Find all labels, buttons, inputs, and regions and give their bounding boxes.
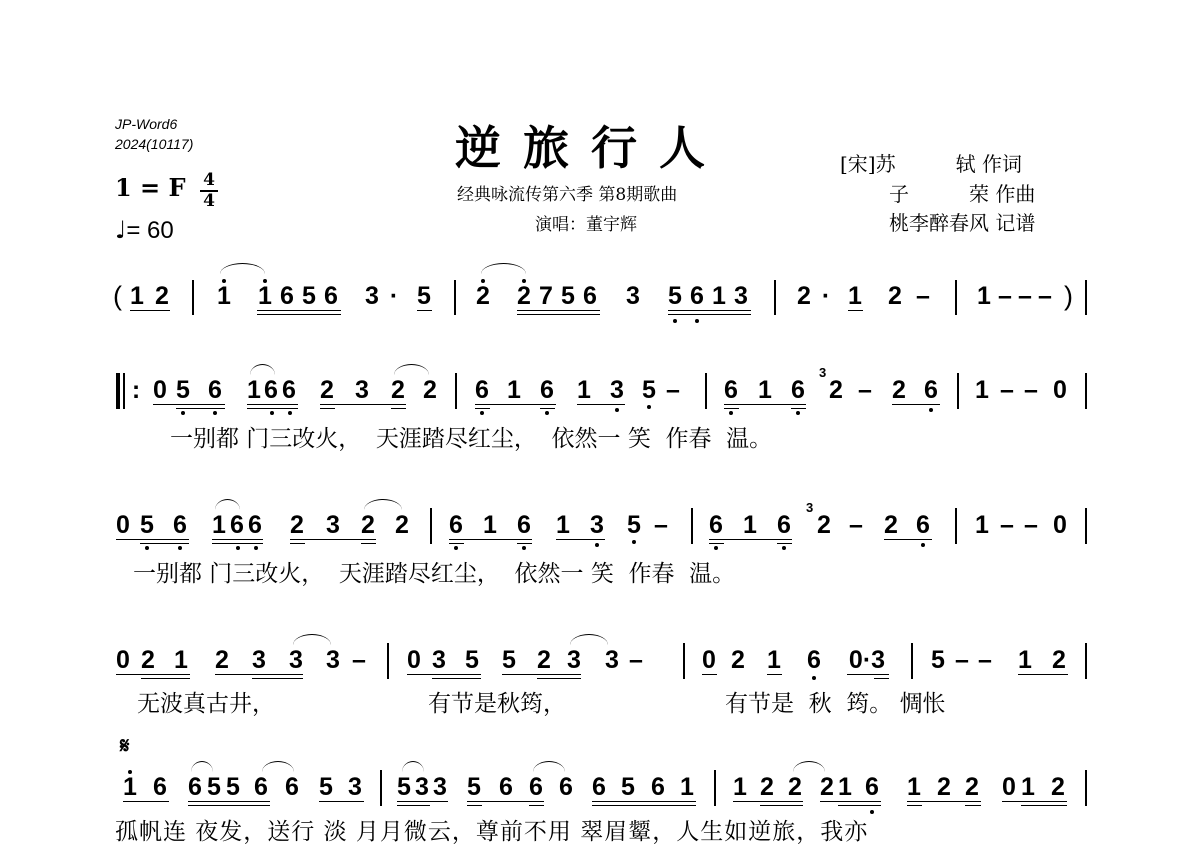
credit-name: 桃李醉春风 — [889, 211, 989, 235]
note: 5 — [666, 282, 684, 310]
note: 2 — [882, 511, 900, 539]
underline — [188, 805, 270, 806]
slur — [394, 364, 429, 375]
dash: – — [998, 376, 1016, 404]
segno-icon: 𝄋 — [120, 733, 129, 759]
key-signature: 1 = F — [115, 173, 186, 202]
note: 2 — [474, 282, 492, 310]
underline — [475, 404, 556, 405]
note: 1 — [505, 376, 523, 404]
underline — [537, 678, 581, 679]
note: 3 — [413, 773, 431, 801]
low-octave-dot — [615, 408, 619, 412]
note: 2 — [421, 376, 439, 404]
note: 3 — [363, 282, 381, 310]
credit-prefix: [宋] — [840, 152, 876, 176]
note: 2 — [153, 282, 171, 310]
note: 2 — [827, 376, 845, 404]
note: 1 — [678, 773, 696, 801]
note: 1 — [1019, 773, 1037, 801]
note: 1 — [741, 511, 759, 539]
note: 5 — [138, 511, 156, 539]
repeat-thin-bar — [123, 373, 125, 409]
underline — [668, 314, 751, 315]
barline — [955, 508, 957, 544]
note: 2 — [318, 376, 336, 404]
note: 6 — [246, 511, 264, 539]
note: 5 — [640, 376, 658, 404]
underline — [320, 404, 406, 405]
underline — [320, 408, 335, 409]
credit-name: 子 荣 — [889, 182, 989, 206]
note: 1 — [765, 646, 783, 674]
dash: – — [350, 646, 368, 674]
dash: – — [627, 646, 645, 674]
underline — [130, 310, 170, 311]
note: 3 — [588, 511, 606, 539]
note: 1 — [210, 511, 228, 539]
underline — [820, 801, 881, 802]
note: 2 — [515, 282, 533, 310]
note: 0 — [405, 646, 423, 674]
dash: – — [914, 282, 932, 310]
underline — [838, 805, 881, 806]
low-octave-dot — [870, 810, 874, 814]
slur — [402, 761, 424, 772]
open-paren: ( — [113, 282, 122, 310]
note: 2 — [786, 773, 804, 801]
note: 6 — [688, 282, 706, 310]
note: 1 — [121, 773, 139, 801]
note: 0·3 — [846, 646, 888, 674]
tempo-marking: ♩= 60 — [115, 216, 174, 245]
note: 5 — [500, 646, 518, 674]
note: 6 — [581, 282, 599, 310]
dotted-rhythm: · — [385, 282, 403, 310]
barline — [430, 508, 432, 544]
underline — [668, 310, 751, 311]
barline — [911, 643, 913, 679]
grace-note: 3 — [806, 501, 813, 514]
underline — [290, 539, 376, 540]
time-signature-bottom: 4 — [198, 193, 220, 210]
low-octave-dot — [673, 319, 677, 323]
low-octave-dot — [270, 411, 274, 415]
note: 2 — [213, 646, 231, 674]
note: 1 — [256, 282, 274, 310]
underline — [502, 674, 581, 675]
underline — [141, 678, 190, 679]
low-octave-dot — [812, 676, 816, 680]
rest: 0 — [1051, 376, 1069, 404]
note: 5 — [625, 511, 643, 539]
underline — [247, 408, 298, 409]
song-subtitle: 经典咏流传第六季 第8期歌曲 — [457, 180, 677, 205]
barline — [955, 280, 957, 315]
high-octave-dot — [263, 279, 267, 283]
note: 1 — [128, 282, 146, 310]
underline — [116, 674, 190, 675]
underline — [361, 543, 376, 544]
note: 5 — [619, 773, 637, 801]
note: 3 — [250, 646, 268, 674]
low-octave-dot — [714, 546, 718, 550]
software-name: JP-Word6 — [115, 116, 177, 132]
note: 6 — [722, 376, 740, 404]
barline — [705, 373, 707, 409]
underline — [709, 543, 724, 544]
underline — [140, 543, 189, 544]
high-octave-dot — [522, 279, 526, 283]
underline — [247, 404, 298, 405]
underline — [397, 801, 448, 802]
slur — [533, 761, 565, 772]
underline — [724, 408, 739, 409]
underline — [449, 543, 464, 544]
barline — [192, 280, 194, 315]
credit-role: 作曲 — [995, 182, 1035, 206]
note: 5 — [929, 646, 947, 674]
barline — [957, 373, 959, 409]
dash: – — [996, 282, 1014, 310]
note: 0 — [151, 376, 169, 404]
note: 6 — [280, 376, 298, 404]
underline — [791, 408, 806, 409]
note: 6 — [151, 773, 169, 801]
note: 3 — [287, 646, 305, 674]
low-octave-dot — [213, 411, 217, 415]
note: 6 — [252, 773, 270, 801]
note: 3 — [324, 646, 342, 674]
lyrics-line-5: 孤帆连 夜发，送行 淡 月月微云，尊前不用 翠眉颦，人生如逆旅，我亦 — [115, 818, 868, 846]
note: 6 — [649, 773, 667, 801]
note: 2 — [288, 511, 306, 539]
note: 6 — [447, 511, 465, 539]
note: 6 — [262, 376, 280, 404]
note: 3 — [346, 773, 364, 801]
low-octave-dot — [254, 546, 258, 550]
note: 2 — [963, 773, 981, 801]
slur — [570, 634, 608, 645]
note: 1 — [973, 376, 991, 404]
note: 5 — [415, 282, 433, 310]
note: 2 — [139, 646, 157, 674]
note: 6 — [283, 773, 301, 801]
note: 2 — [729, 646, 747, 674]
low-octave-dot — [178, 546, 182, 550]
note: 3 — [353, 376, 371, 404]
low-octave-dot — [632, 540, 636, 544]
note: 5 — [224, 773, 242, 801]
note: 5 — [317, 773, 335, 801]
note: 6 — [527, 773, 545, 801]
note: 2 — [389, 376, 407, 404]
repeat-thick-bar — [116, 373, 120, 409]
credit-composer: 子 荣 作曲 — [889, 178, 1035, 207]
note: 1 — [575, 376, 593, 404]
lyrics-line-4b: 有节是秋筠， — [428, 690, 566, 718]
low-octave-dot — [545, 411, 549, 415]
note: 3 — [565, 646, 583, 674]
slur — [220, 263, 265, 274]
note: 6 — [775, 511, 793, 539]
underline — [760, 805, 803, 806]
credit-role: 记谱 — [995, 211, 1035, 235]
underline — [709, 539, 792, 540]
underline — [475, 408, 490, 409]
note: 6 — [557, 773, 575, 801]
credit-lyricist: [宋]苏 轼 作词 — [840, 148, 1022, 177]
underline — [592, 801, 696, 802]
note: 2 — [890, 376, 908, 404]
note: 7 — [537, 282, 555, 310]
note: 6 — [922, 376, 940, 404]
note: 2 — [1049, 773, 1067, 801]
lyrics-line-2: 一别都 门三改火， 天涯踏尽红尘， 依然一 笑 作春 温。 — [170, 425, 772, 453]
barline — [380, 770, 382, 806]
note: 3 — [430, 646, 448, 674]
underline — [517, 543, 532, 544]
lyrics-line-3: 一别都 门三改火， 天涯踏尽红尘， 依然一 笑 作春 温。 — [133, 560, 735, 588]
note: 6 — [186, 773, 204, 801]
note: 3 — [608, 376, 626, 404]
note: 6 — [914, 511, 932, 539]
underline — [212, 543, 263, 544]
underline — [874, 678, 889, 679]
barline — [454, 280, 456, 315]
underline — [319, 801, 364, 802]
barline — [1085, 280, 1087, 315]
low-octave-dot — [695, 319, 699, 323]
underline — [407, 674, 481, 675]
underline — [848, 310, 863, 311]
dash: – — [976, 646, 994, 674]
note: 1 — [1016, 646, 1034, 674]
grace-note: 3 — [819, 366, 826, 379]
barline — [1085, 373, 1087, 409]
software-version: 2024(10117) — [115, 136, 193, 152]
underline — [467, 805, 482, 806]
note: 6 — [171, 511, 189, 539]
underline — [212, 539, 263, 540]
low-octave-dot — [595, 543, 599, 547]
close-paren: ) — [1064, 282, 1073, 310]
underline — [215, 674, 303, 675]
credit-role: 作词 — [982, 152, 1022, 176]
slur — [262, 761, 294, 772]
underline — [556, 539, 605, 540]
underline — [432, 678, 481, 679]
underline — [517, 314, 600, 315]
underline — [1018, 674, 1068, 675]
note: 1 — [481, 511, 499, 539]
underline — [592, 805, 696, 806]
low-octave-dot — [921, 543, 925, 547]
low-octave-dot — [288, 411, 292, 415]
dash: – — [953, 646, 971, 674]
note: 6 — [497, 773, 515, 801]
dash: – — [664, 376, 682, 404]
note: 1 — [905, 773, 923, 801]
note: 6 — [228, 511, 246, 539]
song-title: 逆旅行人 — [455, 112, 727, 178]
barline — [714, 770, 716, 806]
underline — [257, 314, 341, 315]
note: 6 — [515, 511, 533, 539]
barline — [455, 373, 457, 409]
note: 2 — [535, 646, 553, 674]
note: 1 — [554, 511, 572, 539]
low-octave-dot — [454, 546, 458, 550]
time-signature: 4 4 — [198, 172, 220, 210]
note: 6 — [707, 511, 725, 539]
barline — [683, 643, 685, 679]
note: 2 — [818, 773, 836, 801]
dash: – — [652, 511, 670, 539]
note: 1 — [731, 773, 749, 801]
note: 6 — [322, 282, 340, 310]
low-octave-dot — [782, 546, 786, 550]
low-octave-dot — [145, 546, 149, 550]
note: 6 — [805, 646, 823, 674]
note: 3 — [324, 511, 342, 539]
low-octave-dot — [796, 411, 800, 415]
dotted-rhythm: · — [817, 282, 835, 310]
note: 1 — [846, 282, 864, 310]
note: 3 — [732, 282, 750, 310]
underline — [153, 404, 225, 405]
slur — [215, 499, 240, 510]
underline — [884, 539, 932, 540]
underline — [290, 543, 305, 544]
note: 6 — [473, 376, 491, 404]
note: 5 — [463, 646, 481, 674]
underline — [188, 801, 270, 802]
note: 2 — [1050, 646, 1068, 674]
underline — [391, 408, 406, 409]
note: 0 — [700, 646, 718, 674]
quarter-note-icon: ♩ — [115, 216, 126, 244]
high-octave-dot — [128, 770, 132, 774]
barline — [1085, 770, 1087, 806]
underline — [123, 801, 169, 802]
note: 6 — [590, 773, 608, 801]
tempo-value: = 60 — [126, 217, 173, 244]
barline — [691, 508, 693, 544]
note: 5 — [205, 773, 223, 801]
note: 3 — [624, 282, 642, 310]
note: 6 — [789, 376, 807, 404]
underline — [176, 408, 225, 409]
note: 2 — [815, 511, 833, 539]
barline — [1085, 508, 1087, 544]
note: 0 — [114, 511, 132, 539]
lyrics-line-4c: 有节是 秋 筠。 惆怅 — [725, 690, 946, 718]
underline — [252, 678, 303, 679]
time-signature-top: 4 — [198, 172, 220, 189]
note: 5 — [465, 773, 483, 801]
note: 1 — [756, 376, 774, 404]
underline — [733, 801, 803, 802]
underline — [417, 310, 432, 311]
credit-transcriber: 桃李醉春风 记谱 — [889, 207, 1035, 236]
high-octave-dot — [481, 279, 485, 283]
rest: 0 — [1051, 511, 1069, 539]
slur — [250, 364, 275, 375]
note: 2 — [393, 511, 411, 539]
note: 1 — [973, 511, 991, 539]
underline — [517, 310, 600, 311]
low-octave-dot — [647, 405, 651, 409]
note: 1 — [710, 282, 728, 310]
note: 2 — [886, 282, 904, 310]
underline — [529, 805, 544, 806]
low-octave-dot — [236, 546, 240, 550]
note: 5 — [174, 376, 192, 404]
slur — [793, 761, 825, 772]
note: 1 — [245, 376, 263, 404]
underline — [449, 539, 532, 540]
low-octave-dot — [729, 411, 733, 415]
underline — [116, 539, 189, 540]
underline — [577, 404, 625, 405]
underline — [397, 805, 430, 806]
underline — [907, 805, 922, 806]
underline — [907, 801, 981, 802]
underline — [540, 408, 555, 409]
dash: – — [998, 511, 1016, 539]
note: 5 — [395, 773, 413, 801]
low-octave-dot — [522, 546, 526, 550]
barline — [774, 280, 776, 315]
underline — [1021, 805, 1067, 806]
note: 6 — [206, 376, 224, 404]
note: 2 — [758, 773, 776, 801]
underline — [767, 674, 782, 675]
note: 2 — [795, 282, 813, 310]
note: 0 — [114, 646, 132, 674]
note: 2 — [359, 511, 377, 539]
dash: – — [1036, 282, 1054, 310]
slur — [481, 263, 526, 274]
note: 6 — [538, 376, 556, 404]
singer-line: 演唱：董宇辉 — [535, 210, 637, 235]
underline — [702, 674, 717, 675]
underline — [965, 805, 981, 806]
note: 5 — [300, 282, 318, 310]
underline — [467, 801, 544, 802]
rest: 0 — [1000, 773, 1018, 801]
barline — [387, 643, 389, 679]
dash: – — [1022, 376, 1040, 404]
slur — [191, 761, 213, 772]
note: 3 — [431, 773, 449, 801]
note: 1 — [975, 282, 993, 310]
high-octave-dot — [222, 279, 226, 283]
note: 6 — [278, 282, 296, 310]
slur — [364, 499, 402, 510]
dash: – — [856, 376, 874, 404]
dash: – — [847, 511, 865, 539]
note: 1 — [215, 282, 233, 310]
underline — [777, 543, 792, 544]
note: 6 — [863, 773, 881, 801]
dash: – — [1022, 511, 1040, 539]
underline — [724, 404, 806, 405]
underline — [847, 674, 889, 675]
note: 2 — [935, 773, 953, 801]
low-octave-dot — [181, 411, 185, 415]
